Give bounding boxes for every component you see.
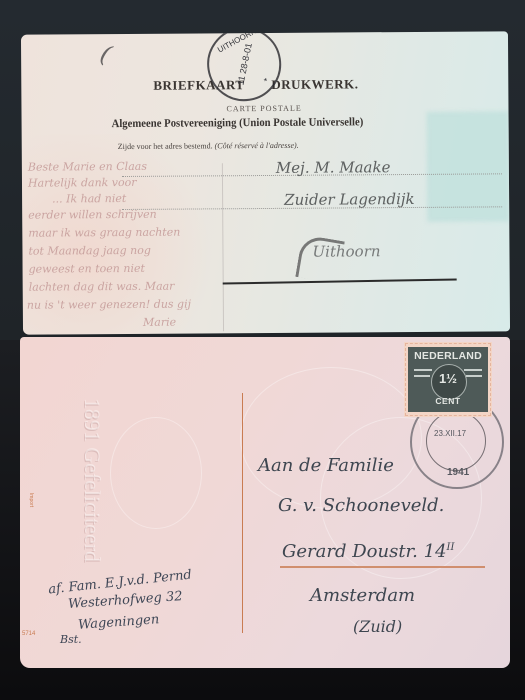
address-line-3: Gerard Doustr. 14II	[282, 541, 454, 562]
message-line: tot Maandag jaag nog	[28, 244, 150, 258]
sender-line-4: Bst.	[60, 633, 82, 646]
postmark-date: 23.XII.17	[434, 429, 466, 438]
address-line-1: Mej. M. Maake	[276, 158, 391, 177]
postmark-uithoorn: UITHOORN 11 28-8-01 *	[202, 31, 286, 106]
subheading-carte-postale: CARTE POSTALE	[226, 104, 301, 114]
embossed-text: 1891 Gefeliciteerd	[79, 398, 105, 562]
postmark-year: 1941	[447, 467, 469, 478]
postcard-briefkaart: ( BRIEFKAART DRUKWERK. CARTE POSTALE Alg…	[21, 31, 510, 334]
stamp-face: NEDERLAND 1½ CENT	[408, 347, 488, 412]
divider-line	[242, 393, 243, 633]
postmark-inner-ring	[426, 411, 486, 471]
address-line-5: (Zuid)	[353, 617, 402, 636]
heading-drukwerk: DRUKWERK.	[271, 76, 358, 93]
postage-stamp: NEDERLAND 1½ CENT	[404, 342, 492, 417]
partial-postmark	[295, 234, 345, 284]
address-side-note-fr: (Côté réservé à l'adresse).	[215, 141, 299, 151]
address-line-4: Amsterdam	[310, 585, 415, 606]
message-line: ... Ik had niet	[52, 192, 126, 206]
paper-discoloration	[427, 111, 510, 222]
pencil-mark: (	[97, 39, 115, 69]
postmark-star: *	[263, 76, 268, 86]
message-line: lachten dag dit was. Maar	[29, 280, 175, 294]
message-line: geweest en toen niet	[29, 262, 145, 276]
message-line: nu is 't weer genezen! dus gij	[27, 298, 191, 312]
message-line: Marie	[143, 316, 176, 329]
union-line: Algemeene Postvereeniging (Union Postale…	[112, 116, 364, 130]
sender-line-3: Wageningen	[78, 612, 160, 633]
address-line-1: Aan de Familie	[258, 455, 394, 476]
address-line-2: G. v. Schooneveld.	[278, 495, 444, 516]
street: Gerard Doustr. 14	[282, 541, 447, 562]
message-line: Hartelijk dank voor	[28, 176, 137, 190]
embossed-pattern	[110, 417, 202, 529]
message-line: Beste Marie en Claas	[28, 160, 147, 174]
address-underline	[223, 278, 457, 284]
message-line: maar ik was graag nachten	[28, 226, 180, 240]
catalog-number: 5714	[22, 631, 35, 637]
stamp-country: NEDERLAND	[408, 350, 488, 362]
address-side-note-nl: Zijde voor het adres bestemd.	[118, 141, 213, 151]
floor: II	[447, 542, 455, 553]
postmark-date: 11 28-8-01	[235, 42, 253, 86]
address-line-2: Zuider Lagendijk	[284, 190, 415, 209]
stamp-unit: CENT	[408, 396, 488, 406]
import-print: Import	[28, 493, 34, 507]
divider-line	[222, 163, 224, 331]
stamp-value: 1½	[408, 371, 488, 386]
address-underline	[280, 566, 485, 568]
address-side-note: Zijde voor het adres bestemd. (Côté rése…	[118, 141, 299, 151]
